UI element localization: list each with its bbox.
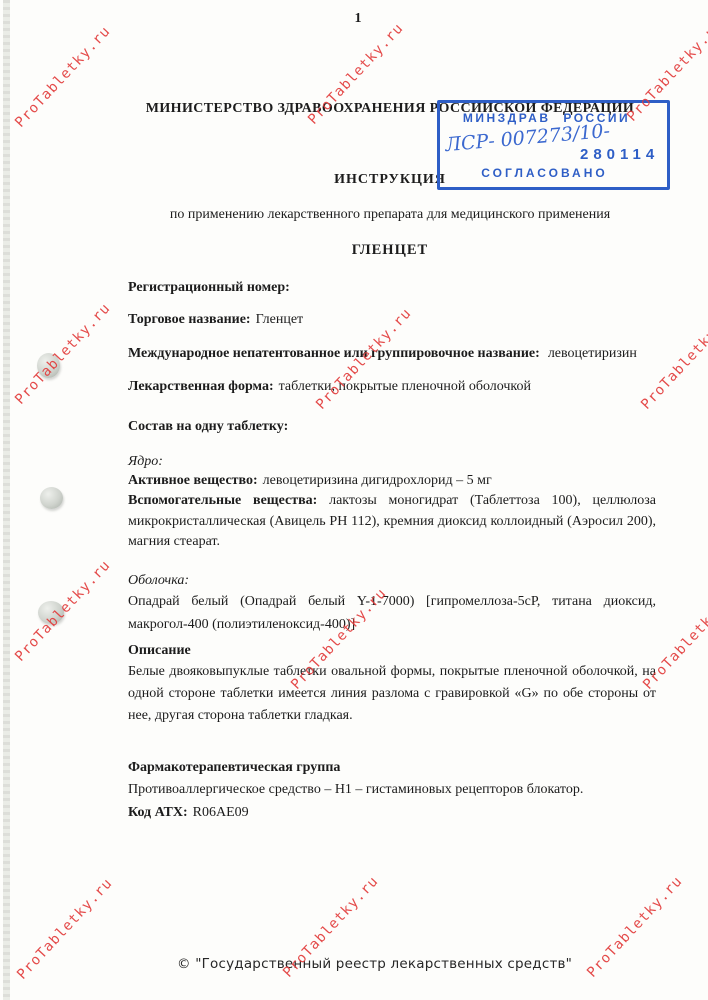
- field-dosage-form: Лекарственная форма:таблетки, покрытые п…: [128, 379, 658, 395]
- description-text: Белые двояковыпуклые таблетки овальной ф…: [128, 664, 656, 723]
- field-value: левоцетиризин: [548, 346, 637, 361]
- scan-edge-strip: [3, 0, 10, 1000]
- stamp-org-line: МИНЗДРАВ РОССИИ: [440, 111, 653, 125]
- core-label: Ядро:: [128, 454, 658, 470]
- atc-code-label: Код АТХ:: [128, 805, 188, 820]
- excipients-label: Вспомогательные вещества:: [128, 493, 317, 508]
- watermark: ProTabletky.ru: [12, 300, 114, 407]
- shell-paragraph: Опадрай белый (Опадрай белый Y-1-7000) […: [128, 590, 656, 636]
- description-heading: Описание: [128, 643, 658, 659]
- atc-code-value: R06AE09: [193, 805, 249, 820]
- field-label: Лекарственная форма:: [128, 379, 274, 394]
- field-registration-number: Регистрационный номер:: [128, 280, 658, 296]
- composition-heading: Состав на одну таблетку:: [128, 419, 658, 435]
- pharm-group-text: Противоаллергическое средство – Н1 – гис…: [128, 782, 658, 798]
- watermark: ProTabletky.ru: [12, 557, 114, 664]
- field-value: таблетки, покрытые пленочной оболочкой: [279, 379, 531, 394]
- instruction-subtitle: по применению лекарственного препарата д…: [110, 207, 670, 223]
- stamp-approved-line: СОГЛАСОВАНО: [440, 166, 649, 180]
- field-value: Гленцет: [256, 312, 304, 327]
- pharm-group-heading: Фармакотерапевтическая группа: [128, 760, 658, 776]
- watermark: ProTabletky.ru: [14, 875, 116, 982]
- field-inn-name: Международное непатентованное или группи…: [128, 346, 658, 362]
- field-label: Международное непатентованное или группи…: [128, 346, 540, 361]
- watermark: ProTabletky.ru: [584, 873, 686, 980]
- stamp-date-code: 280114: [580, 146, 659, 163]
- drug-name: ГЛЕНЦЕТ: [110, 242, 670, 259]
- shell-label: Оболочка:: [128, 573, 658, 589]
- atc-code-row: Код АТХ:R06AE09: [128, 805, 658, 821]
- scan-dot-artifact: [40, 487, 63, 509]
- active-substance-row: Активное вещество:левоцетиризина дигидро…: [128, 473, 658, 489]
- excipients-paragraph: Вспомогательные вещества: лактозы моноги…: [128, 491, 656, 553]
- active-substance-label: Активное вещество:: [128, 473, 258, 488]
- active-substance-value: левоцетиризина дигидрохлорид – 5 мг: [263, 473, 492, 488]
- footer-copyright: © "Государственный реестр лекарственных …: [177, 956, 572, 972]
- watermark: ProTabletky.ru: [12, 23, 114, 130]
- field-label: Регистрационный номер:: [128, 280, 290, 295]
- field-label: Торговое название:: [128, 312, 251, 327]
- description-paragraph: Белые двояковыпуклые таблетки овальной ф…: [128, 661, 656, 728]
- page-number: 1: [338, 11, 378, 27]
- shell-value: Опадрай белый (Опадрай белый Y-1-7000) […: [128, 594, 656, 632]
- scanned-document-page: ProTabletky.ru ProTabletky.ru ProTabletk…: [0, 0, 708, 1000]
